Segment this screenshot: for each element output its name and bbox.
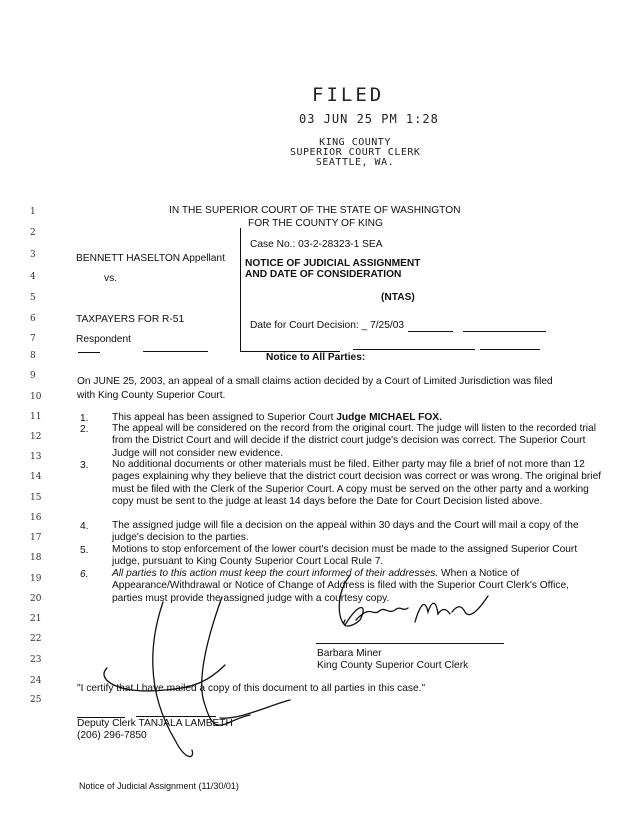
- item-5-text: Motions to stop enforcement of the lower…: [112, 544, 602, 569]
- deputy-clerk: Deputy Clerk TANJALA LAMBETH: [77, 718, 233, 729]
- notice-to-all-parties: Notice to All Parties:: [266, 352, 365, 363]
- court-decision-label: Date for Court Decision: _ 7/25/03: [250, 320, 404, 331]
- item-number: 2.: [80, 424, 89, 435]
- line-number: 21: [30, 614, 41, 624]
- court-heading-line2: FOR THE COUNTY OF KING: [248, 218, 383, 229]
- caption-rule: [480, 349, 540, 350]
- clerk-signature-stroke: [415, 603, 450, 622]
- item-1-body: This appeal has been assigned to Superio…: [112, 412, 336, 423]
- line-number: 7: [30, 334, 36, 344]
- notice-title-line2: AND DATE OF CONSIDERATION: [245, 269, 420, 280]
- line-number: 11: [30, 412, 41, 422]
- line-number: 20: [30, 594, 41, 604]
- caption-rule: [143, 351, 208, 352]
- line-number: 15: [30, 493, 41, 503]
- line-number: 17: [30, 533, 41, 543]
- item-number: 4.: [80, 521, 89, 532]
- line-number: 8: [30, 351, 36, 361]
- line-number: 18: [30, 553, 41, 563]
- respondent-name: TAXPAYERS FOR R-51: [76, 314, 184, 325]
- decision-underline: [463, 331, 546, 332]
- line-number: 5: [30, 293, 36, 303]
- case-number: Case No.: 03-2-28323-1 SEA: [250, 239, 383, 250]
- line-number: 10: [30, 392, 41, 402]
- item-2-text: The appeal will be considered on the rec…: [112, 423, 602, 460]
- filed-stamp-date: 03 JUN 25 PM 1:28: [299, 112, 439, 126]
- stamp-county-line: SEATTLE, WA.: [290, 158, 420, 168]
- item-number: 6.: [80, 569, 89, 580]
- line-number: 13: [30, 452, 41, 462]
- appellant-name: BENNETT HASELTON Appellant: [76, 253, 225, 264]
- line-number: 19: [30, 574, 41, 584]
- item-number: 5.: [80, 545, 89, 556]
- line-number: 24: [30, 676, 41, 686]
- item-number: 3.: [80, 460, 89, 471]
- notice-title-line1: NOTICE OF JUDICIAL ASSIGNMENT: [245, 258, 420, 269]
- caption-rule: [353, 349, 475, 350]
- clerk-name: Barbara Miner: [317, 648, 382, 659]
- item-3-text: No additional documents or other materia…: [112, 459, 602, 508]
- line-number: 14: [30, 472, 41, 482]
- item-4-text: The assigned judge will file a decision …: [112, 520, 602, 545]
- line-number: 23: [30, 655, 41, 665]
- notice-title: NOTICE OF JUDICIAL ASSIGNMENT AND DATE O…: [245, 258, 420, 280]
- line-number: 4: [30, 272, 36, 282]
- clerk-signature-line: [316, 643, 504, 644]
- line-number: 22: [30, 634, 41, 644]
- line-number: 2: [30, 228, 36, 238]
- assigned-judge: Judge MICHAEL FOX.: [336, 412, 442, 423]
- filed-stamp-county: KING COUNTY SUPERIOR COURT CLERK SEATTLE…: [290, 138, 420, 168]
- decision-underline: [408, 331, 453, 332]
- intro-line1: On JUNE 25, 2003, an appeal of a small c…: [77, 376, 553, 387]
- intro-line2: with King County Superior Court.: [77, 390, 225, 401]
- item-number: 1.: [80, 413, 89, 424]
- court-heading-line1: IN THE SUPERIOR COURT OF THE STATE OF WA…: [169, 205, 461, 216]
- clerk-signature-stroke: [356, 608, 408, 620]
- deputy-signature-stroke: [153, 602, 193, 757]
- court-decision-date: 7/25/03: [370, 320, 404, 331]
- caption-divider: [240, 228, 241, 352]
- court-decision-prefix: Date for Court Decision: _: [250, 320, 367, 331]
- deputy-signature-stroke: [202, 597, 250, 725]
- form-footer: Notice of Judicial Assignment (11/30/01): [79, 781, 239, 791]
- line-number: 25: [30, 695, 41, 705]
- line-number: 16: [30, 513, 41, 523]
- line-number: 3: [30, 250, 36, 260]
- deputy-signature-stroke: [220, 700, 290, 718]
- deputy-phone: (206) 296-7850: [77, 730, 147, 741]
- item-6-italic: All parties to this action must keep the…: [112, 568, 438, 579]
- caption-rule: [78, 352, 100, 353]
- certification-statement: "I certify that I have mailed a copy of …: [77, 683, 425, 694]
- line-number: 9: [30, 371, 36, 381]
- respondent-label: Respondent: [76, 334, 131, 345]
- deputy-signature-line: [136, 716, 216, 717]
- line-number: 1: [30, 207, 36, 217]
- line-number: 6: [30, 314, 36, 324]
- ntas-label: (NTAS): [381, 292, 415, 303]
- clerk-title: King County Superior Court Clerk: [317, 660, 468, 671]
- filed-stamp-title: FILED: [312, 84, 384, 106]
- line-number: 12: [30, 432, 41, 442]
- versus: vs.: [104, 273, 117, 284]
- item-6-text: All parties to this action must keep the…: [112, 568, 602, 605]
